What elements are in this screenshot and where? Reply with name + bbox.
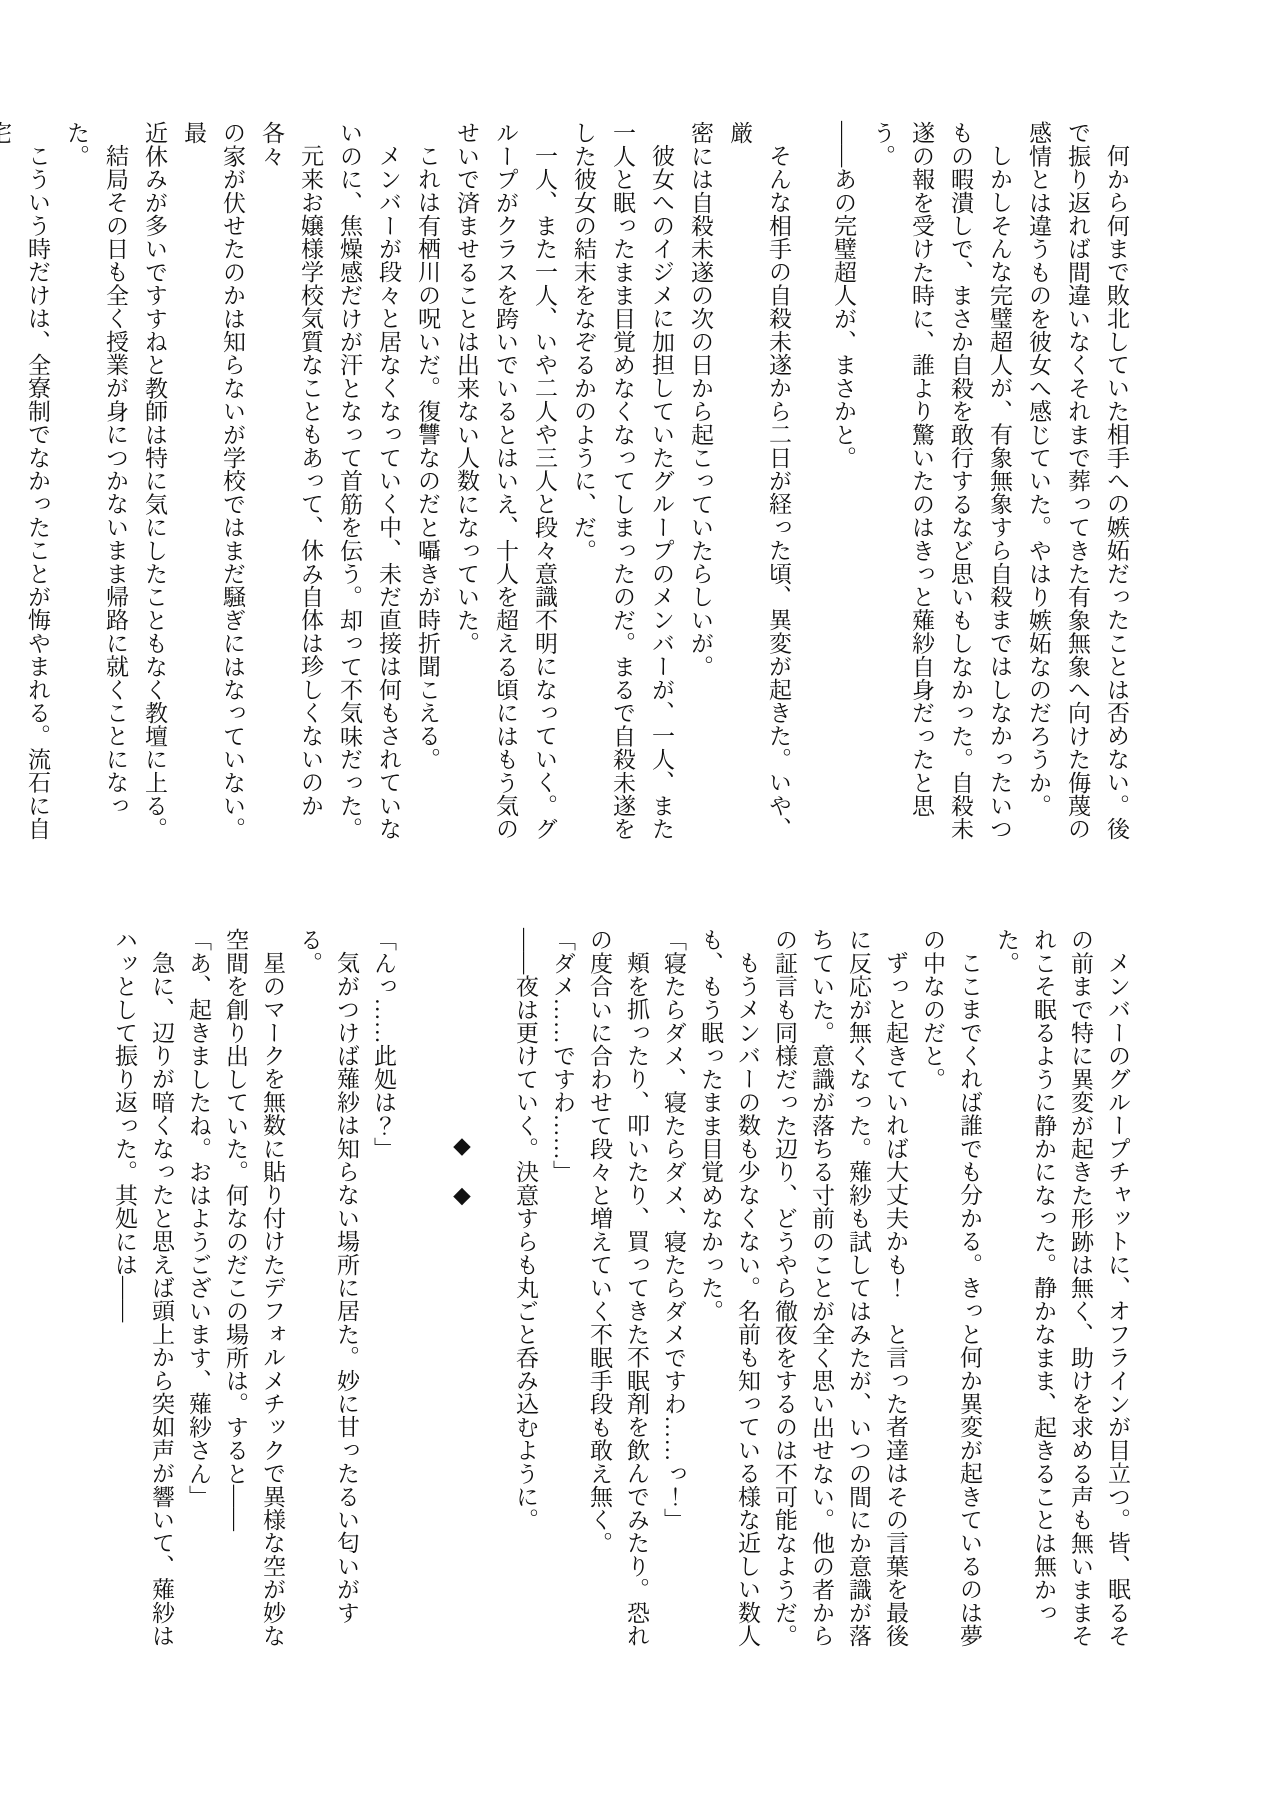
text-column: ここまでくれば誰でも分かる。きっと何か異変が起きているのは夢 [951,928,988,1670]
text-column: の中なのだと。 [914,928,951,1670]
text-column: ――夜は更けていく。決意すらも丸ごと呑み込むように。 [507,928,544,1670]
text-column: 近休みが多いですすねと教師は特に気にしたこともなく教壇に上る。 [135,121,174,863]
text-column: れこそ眠るように静かになった。静かなまま、起きることは無かった。 [988,928,1062,1670]
text-column: しかしそんな完璧超人が、有象無象すら自殺まではしなかったいつ [980,121,1019,863]
text-column: 「あ、起きましたね。おはようございます、薙紗さん」 [180,928,217,1670]
text-column: 結局その日も全く授業が身につかないまま帰路に就くことになった。 [57,121,135,863]
text-column: ――あの完璧超人が、まさかと。 [824,121,863,863]
text-column: もうメンバーの数も少なくない。名前も知っている様な近しい数人 [729,928,766,1670]
novel-page: { "page": { "background": "#ffffff", "te… [0,0,1280,1807]
text-column: 頬を抓ったり、叩いたり、買ってきた不眠剤を飲んでみたり。恐れ [618,928,655,1670]
text-column: に反応が無くなった。薙紗も試してはみたが、いつの間にか意識が落 [840,928,877,1670]
text-column: 遂の報を受けた時に、誰より驚いたのはきっと薙紗自身だったと思う。 [863,121,941,863]
text-column: もの暇潰しで、まさか自殺を敢行するなど思いもしなかった。自殺未 [941,121,980,863]
text-column: ハッとして振り返った。其処には―― [106,928,143,1670]
text-column: ずっと起きていれば大丈夫かも！ と言った者達はその言葉を最後 [877,928,914,1670]
text-column: 気がつけば薙紗は知らない場所に居た。妙に甘ったるい匂いがする。 [291,928,365,1670]
text-column: 「ダメ……ですわ……」 [544,928,581,1670]
text-column: 空間を創り出していた。何なのだこの場所は。すると―― [217,928,254,1670]
text-column: 「んっ……此処は？」 [365,928,402,1670]
text-column: せいで済ませることは出来ない人数になっていた。 [447,121,486,863]
text-column: 一人、また一人、いや二人や三人と段々意識不明になっていく。グ [525,121,564,863]
text-column: の家が伏せたのかは知らないが学校ではまだ騒ぎにはなっていない。最 [174,121,252,863]
text-column: 感情とは違うものを彼女へ感じていた。やはり嫉妬なのだろうか。 [1019,121,1058,863]
text-column: で振り返れば間違いなくそれまで葬ってきた有象無象へ向けた侮蔑の [1058,121,1097,863]
text-column: 何から何まで敗北していた相手への嫉妬だったことは否めない。後 [1097,121,1136,863]
text-column: の前まで特に異変が起きた形跡は無く、助けを求める声も無いままそ [1062,928,1099,1670]
text-column: ループがクラスを跨いでいるとはいえ、十人を超える頃にはもう気の [486,121,525,863]
text-column: いのに、焦燥感だけが汗となって首筋を伝う。却って不気味だった。 [330,121,369,863]
text-column: 密には自殺未遂の次の日から起こっていたらしいが。 [681,121,720,863]
text-column: メンバーが段々と居なくなっていく中、未だ直接は何もされていな [369,121,408,863]
bottom-text-block: メンバーのグループチャットに、オフラインが目立つ。皆、眠るその前まで特に異変が起… [106,928,1136,1670]
text-column: 彼女へのイジメに加担していたグループのメンバーが、一人、また [642,121,681,863]
text-column: 星のマークを無数に貼り付けたデフォルメチックで異様な空が妙な [254,928,291,1670]
text-column: そんな相手の自殺未遂から二日が経った頃、異変が起きた。いや、厳 [720,121,798,863]
page-background: 何から何まで敗北していた相手への嫉妬だったことは否めない。後で振り返れば間違いな… [0,0,1280,1807]
text-column: も、もう眠ったまま目覚めなかった。 [692,928,729,1670]
text-column: の証言も同様だった辺り、どうやら徹夜をするのは不可能なようだ。 [766,928,803,1670]
text-column: 一人と眠ったまま目覚めなくなってしまったのだ。まるで自殺未遂を [603,121,642,863]
text-column: 急に、辺りが暗くなったと思えば頭上から突如声が響いて、薙紗は [143,928,180,1670]
text-column: これは有栖川の呪いだ。復讐なのだと囁きが時折聞こえる。 [408,121,447,863]
text-column: メンバーのグループチャットに、オフラインが目立つ。皆、眠るそ [1099,928,1136,1670]
text-column: の度合いに合わせて段々と増えていく不眠手段も敢え無く。 [581,928,618,1670]
section-separator: ◆ ◆ [444,928,481,1670]
text-column: した彼女の結末をなぞるかのように、だ。 [564,121,603,863]
text-column: こういう時だけは、全寮制でなかったことが悔やまれる。流石に自宅 [0,121,57,863]
text-column: ちていた。意識が落ちる寸前のことが全く思い出せない。他の者から [803,928,840,1670]
text-column: 元来お嬢様学校気質なこともあって、休み自体は珍しくないのか各々 [252,121,330,863]
text-column: 「寝たらダメ、寝たらダメ、寝たらダメですわ……っ！」 [655,928,692,1670]
top-text-block: 何から何まで敗北していた相手への嫉妬だったことは否めない。後で振り返れば間違いな… [0,121,1136,863]
